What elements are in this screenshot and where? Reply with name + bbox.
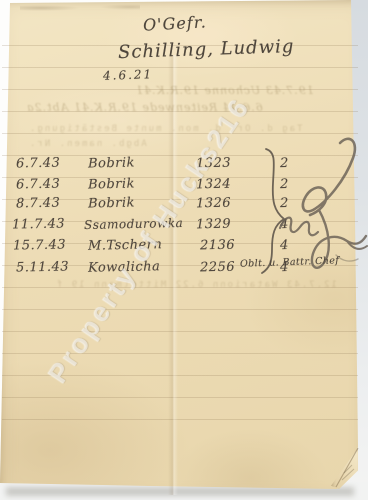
row-place: Bobrik xyxy=(88,177,135,193)
paper-smudge xyxy=(20,4,140,12)
row-date: 8.7.43 xyxy=(16,196,61,212)
document-photo: 19.7.43 Uchonne 19.R.K.41 6.6.44 Reitenw… xyxy=(0,0,368,500)
row-date: 5.11.43 xyxy=(16,259,69,275)
birthdate-line: 4.6.21 xyxy=(103,67,154,83)
rank-line: O'Gefr. xyxy=(143,12,208,34)
row-date: 6.7.43 xyxy=(16,156,61,172)
row-number: 1326 xyxy=(196,196,231,212)
bleedthrough-line: 19.7.43 Uchonne 19.R.K.41 xyxy=(135,84,314,97)
row-number: 1329 xyxy=(196,217,231,233)
row-place: M.Tschern xyxy=(88,237,163,254)
row-number: 2256 xyxy=(200,260,235,276)
row-date: 11.7.43 xyxy=(12,216,65,232)
row-place: Kowalicha xyxy=(88,259,161,276)
row-place: Ssamodurowka xyxy=(84,216,183,232)
bleedthrough-line: 12.7.43 Watarionn 6.22 Mittelmann 19 f xyxy=(55,280,337,290)
bleedthrough-line: Tag d. Ort d. mon. munte Bestätigung. xyxy=(28,124,302,134)
row-date: 15.7.43 xyxy=(13,237,66,253)
row-number: 2136 xyxy=(200,238,235,254)
bleedthrough-line: Abgb. namen. Nr. xyxy=(28,139,147,149)
row-number: 1323 xyxy=(196,156,231,172)
row-place: Bobrik xyxy=(88,156,135,172)
row-place: Bobrik xyxy=(88,196,135,212)
row-number: 1324 xyxy=(196,177,231,193)
bleedthrough-line: 6.6.44 Reitenwede 19.R.K.41 Abt.2a xyxy=(26,101,263,114)
row-date: 6.7.43 xyxy=(16,177,61,193)
